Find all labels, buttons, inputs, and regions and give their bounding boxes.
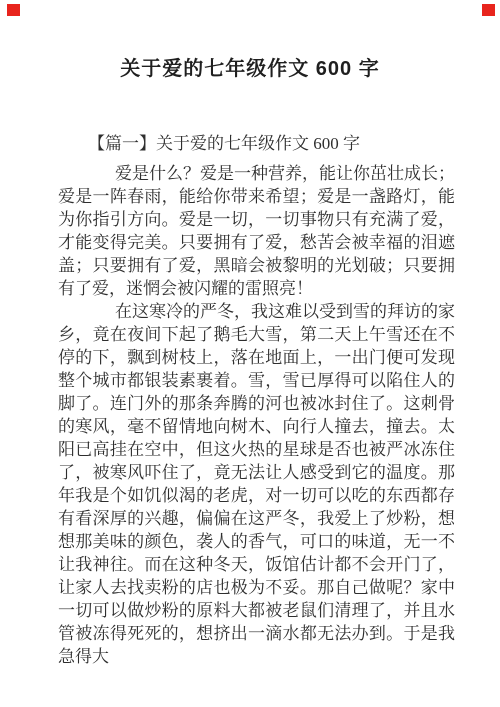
essay-paragraph-2: 在这寒冷的严冬，我这难以受到雪的拜访的家乡，竟在夜间下起了鹅毛大雪，第二天上午雪…	[58, 300, 455, 668]
red-corner-mark-left	[7, 4, 20, 16]
document-body: 【篇一】关于爱的七年级作文 600 字 爱是什么？爱是一种营养，能让你茁壮成长；…	[0, 132, 500, 668]
document-title: 关于爱的七年级作文 600 字	[0, 56, 500, 82]
red-corner-mark-right	[482, 4, 495, 16]
section-heading: 【篇一】关于爱的七年级作文 600 字	[58, 132, 455, 155]
essay-paragraph-1: 爱是什么？爱是一种营养，能让你茁壮成长；爱是一阵春雨，能给你带来希望；爱是一盏路…	[58, 162, 455, 300]
document-page: 关于爱的七年级作文 600 字 【篇一】关于爱的七年级作文 600 字 爱是什么…	[0, 0, 500, 707]
